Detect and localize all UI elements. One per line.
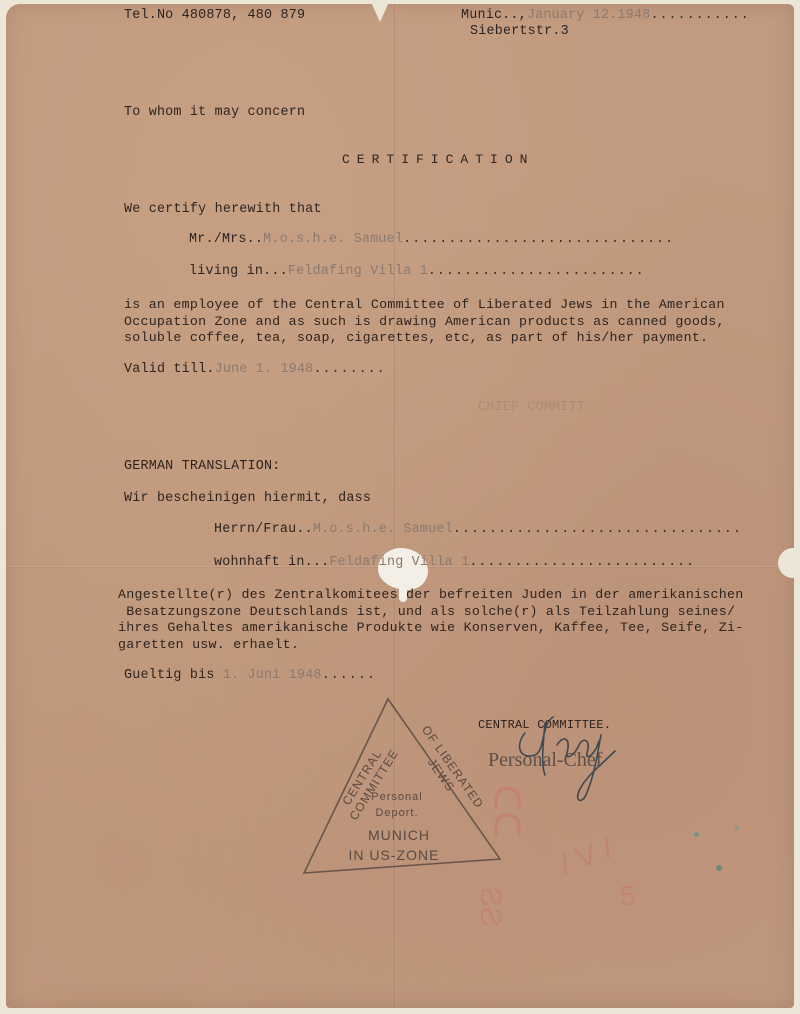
date-dots: ........... xyxy=(650,8,749,23)
name-dots: ................................ xyxy=(453,522,742,537)
salutation: To whom it may concern xyxy=(124,105,305,121)
ink-speck xyxy=(735,826,739,830)
english-residence-line: living in...Feldafing Villa 1...........… xyxy=(189,264,645,280)
stamp-line-2: Deport. xyxy=(352,807,442,819)
english-name-line: Mr./Mrs..M.o.s.h.e. Samuel..............… xyxy=(189,232,674,248)
residence-dots: ......................... xyxy=(469,555,695,570)
name-dots: .............................. xyxy=(403,232,674,247)
embossed-mark: ƧƧ xyxy=(473,887,507,927)
german-body-line: garetten usw. erhaelt. xyxy=(118,637,743,654)
german-name-line: Herrn/Frau..M.o.s.h.e. Samuel...........… xyxy=(214,522,742,538)
english-body-line: is an employee of the Central Committee … xyxy=(124,297,725,314)
german-body-line: Besatzungszone Deutschlands ist, und als… xyxy=(118,604,743,621)
street-address: Siebertstr.3 xyxy=(470,24,569,40)
valid-dots: ...... xyxy=(322,668,376,683)
german-residence-line: wohnhaft in...Feldafing Villa 1.........… xyxy=(214,555,695,571)
employee-name: M.o.s.h.e. Samuel xyxy=(313,522,453,537)
residence-value: Feldafing Villa 1 xyxy=(329,555,469,570)
german-body-line: Angestellte(r) des Zentralkomitees der b… xyxy=(118,587,743,604)
residence-label: living in... xyxy=(189,264,288,279)
valid-date: June 1. 1948 xyxy=(215,362,314,377)
faint-overprint: CHIEF COMMITT xyxy=(478,400,585,416)
ink-speck xyxy=(716,865,722,871)
residence-value: Feldafing Villa 1 xyxy=(288,264,428,279)
name-label: Mr./Mrs.. xyxy=(189,232,263,247)
german-body: Angestellte(r) des Zentralkomitees der b… xyxy=(118,587,743,653)
residence-label: wohnhaft in... xyxy=(214,555,329,570)
german-valid-line: Gueltig bis 1. Juni 1948...... xyxy=(124,668,376,684)
phone-number: Tel.No 480878, 480 879 xyxy=(124,8,305,24)
employee-name: M.o.s.h.e. Samuel xyxy=(263,232,403,247)
date-line: Munic..,January 12.1948........... xyxy=(461,8,750,24)
german-heading: GERMAN TRANSLATION: xyxy=(124,459,280,475)
english-body-line: Occupation Zone and as such is drawing A… xyxy=(124,314,725,331)
stamp-line-3: MUNICH xyxy=(344,827,454,843)
name-label: Herrn/Frau.. xyxy=(214,522,313,537)
valid-date: 1. Juni 1948 xyxy=(223,668,322,683)
english-body: is an employee of the Central Committee … xyxy=(124,297,725,347)
ink-speck xyxy=(694,832,699,837)
issue-date: January 12.1948 xyxy=(527,8,651,23)
stamp-line-4: IN US-ZONE xyxy=(324,847,464,863)
valid-label: Gueltig bis xyxy=(124,668,215,683)
handwritten-signature-icon xyxy=(505,705,645,805)
german-body-line: ihres Gehaltes amerikanische Produkte wi… xyxy=(118,620,743,637)
residence-dots: ........................ xyxy=(428,264,645,279)
valid-label: Valid till. xyxy=(124,362,215,377)
english-intro: We certify herewith that xyxy=(124,202,322,218)
embossed-mark: 5 xyxy=(620,880,636,912)
document-title: CERTIFICATION xyxy=(342,152,534,168)
top-tear-notch xyxy=(370,0,390,22)
english-valid-line: Valid till.June 1. 1948........ xyxy=(124,362,386,378)
right-tear-notch xyxy=(778,548,800,578)
english-body-line: soluble coffee, tea, soap, cigarettes, e… xyxy=(124,330,725,347)
valid-dots: ........ xyxy=(313,362,385,377)
german-intro: Wir bescheinigen hiermit, dass xyxy=(124,491,371,507)
triangular-stamp: CENTRAL COMMITTEE OF LIBERATED JEWS Pers… xyxy=(300,695,505,880)
city-label: Munic.., xyxy=(461,8,527,23)
stamp-line-1: Personal xyxy=(352,791,442,803)
